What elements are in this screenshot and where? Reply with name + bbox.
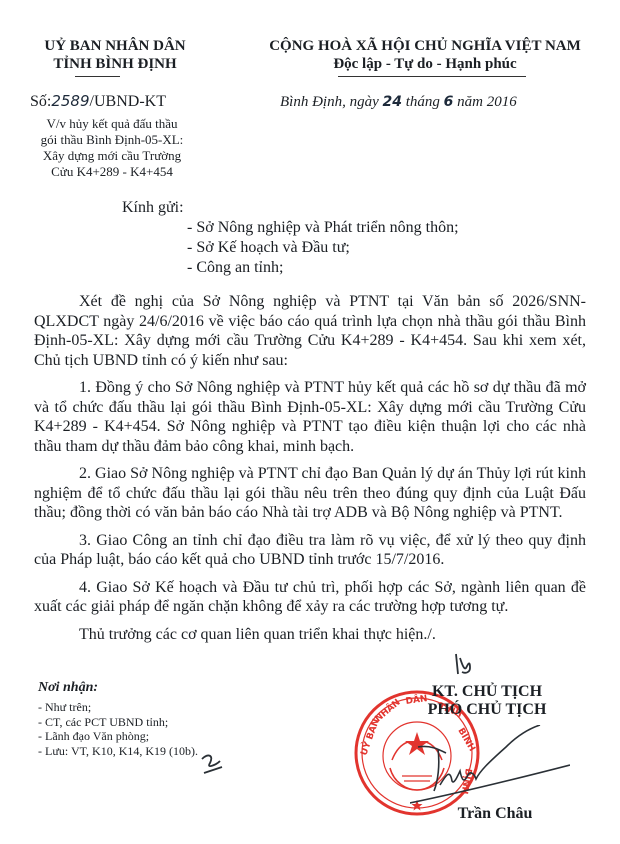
number-suffix: /UBND-KT bbox=[90, 93, 166, 110]
addressee-item: - Sở Kế hoạch và Đầu tư; bbox=[187, 238, 459, 258]
directive-2: 2. Giao Sở Nông nghiệp và PTNT chỉ đạo B… bbox=[34, 464, 586, 523]
date-month-word: tháng bbox=[402, 94, 444, 110]
issuing-agency: UỶ BAN NHÂN DÂN TỈNH BÌNH ĐỊNH bbox=[20, 37, 210, 73]
initial-mark-icon bbox=[452, 650, 474, 678]
recipient-item: - Lãnh đạo Văn phòng; bbox=[38, 729, 198, 744]
number-prefix: Số: bbox=[30, 93, 51, 110]
agency-line-2: TỈNH BÌNH ĐỊNH bbox=[20, 55, 210, 73]
initial-mark-icon bbox=[198, 751, 226, 777]
closing-line: Thủ trưởng các cơ quan liên quan triển k… bbox=[34, 625, 586, 645]
date-place: Bình Định, ngày bbox=[280, 94, 383, 110]
national-heading: CỘNG HOÀ XÃ HỘI CHỦ NGHĨA VIỆT NAM Độc l… bbox=[235, 37, 615, 73]
addressee-item: - Công an tỉnh; bbox=[187, 258, 459, 278]
signatory-title-line-2: PHÓ CHỦ TỊCH bbox=[402, 701, 572, 719]
recipient-item: - Lưu: VT, K10, K14, K19 (10b). bbox=[38, 744, 198, 759]
signer-name: Trần Châu bbox=[420, 805, 570, 823]
handwritten-signature-icon bbox=[410, 725, 570, 815]
date-day: 24 bbox=[383, 94, 402, 110]
document-number: Số:2589/UBND-KT bbox=[30, 92, 166, 111]
agency-underline bbox=[75, 76, 120, 77]
signatory-title-line-1: KT. CHỦ TỊCH bbox=[402, 683, 572, 701]
recipient-item: - CT, các PCT UBND tỉnh; bbox=[38, 715, 198, 730]
recipients-title: Nơi nhận: bbox=[38, 680, 98, 696]
document-subject: V/v hủy kết quả đấu thầu gói thầu Bình Đ… bbox=[38, 116, 186, 180]
motto-underline bbox=[338, 76, 526, 77]
national-motto: Độc lập - Tự do - Hạnh phúc bbox=[235, 55, 615, 73]
document-date: Bình Định, ngày 24 tháng 6 năm 2016 bbox=[280, 94, 517, 111]
signatory-title: KT. CHỦ TỊCH PHÓ CHỦ TỊCH bbox=[402, 683, 572, 719]
recipients-list: - Như trên; - CT, các PCT UBND tỉnh; - L… bbox=[38, 700, 198, 758]
addressee-list: - Sở Nông nghiệp và Phát triển nông thôn… bbox=[187, 218, 459, 278]
national-title: CỘNG HOÀ XÃ HỘI CHỦ NGHĨA VIỆT NAM bbox=[235, 37, 615, 55]
recipient-item: - Như trên; bbox=[38, 700, 198, 715]
directive-3: 3. Giao Công an tỉnh chỉ đạo điều tra là… bbox=[34, 531, 586, 570]
addressee-item: - Sở Nông nghiệp và Phát triển nông thôn… bbox=[187, 218, 459, 238]
intro-paragraph: Xét đề nghị của Sở Nông nghiệp và PTNT t… bbox=[34, 292, 586, 370]
number-handwritten: 2589 bbox=[51, 92, 89, 110]
date-year: năm 2016 bbox=[453, 94, 516, 110]
document-body: Xét đề nghị của Sở Nông nghiệp và PTNT t… bbox=[34, 292, 586, 652]
directive-1: 1. Đồng ý cho Sở Nông nghiệp và PTNT hủy… bbox=[34, 378, 586, 456]
addressee-label: Kính gửi: bbox=[122, 199, 184, 217]
date-month: 6 bbox=[444, 94, 454, 110]
agency-line-1: UỶ BAN NHÂN DÂN bbox=[20, 37, 210, 55]
directive-4: 4. Giao Sở Kế hoạch và Đầu tư chủ trì, p… bbox=[34, 578, 586, 617]
